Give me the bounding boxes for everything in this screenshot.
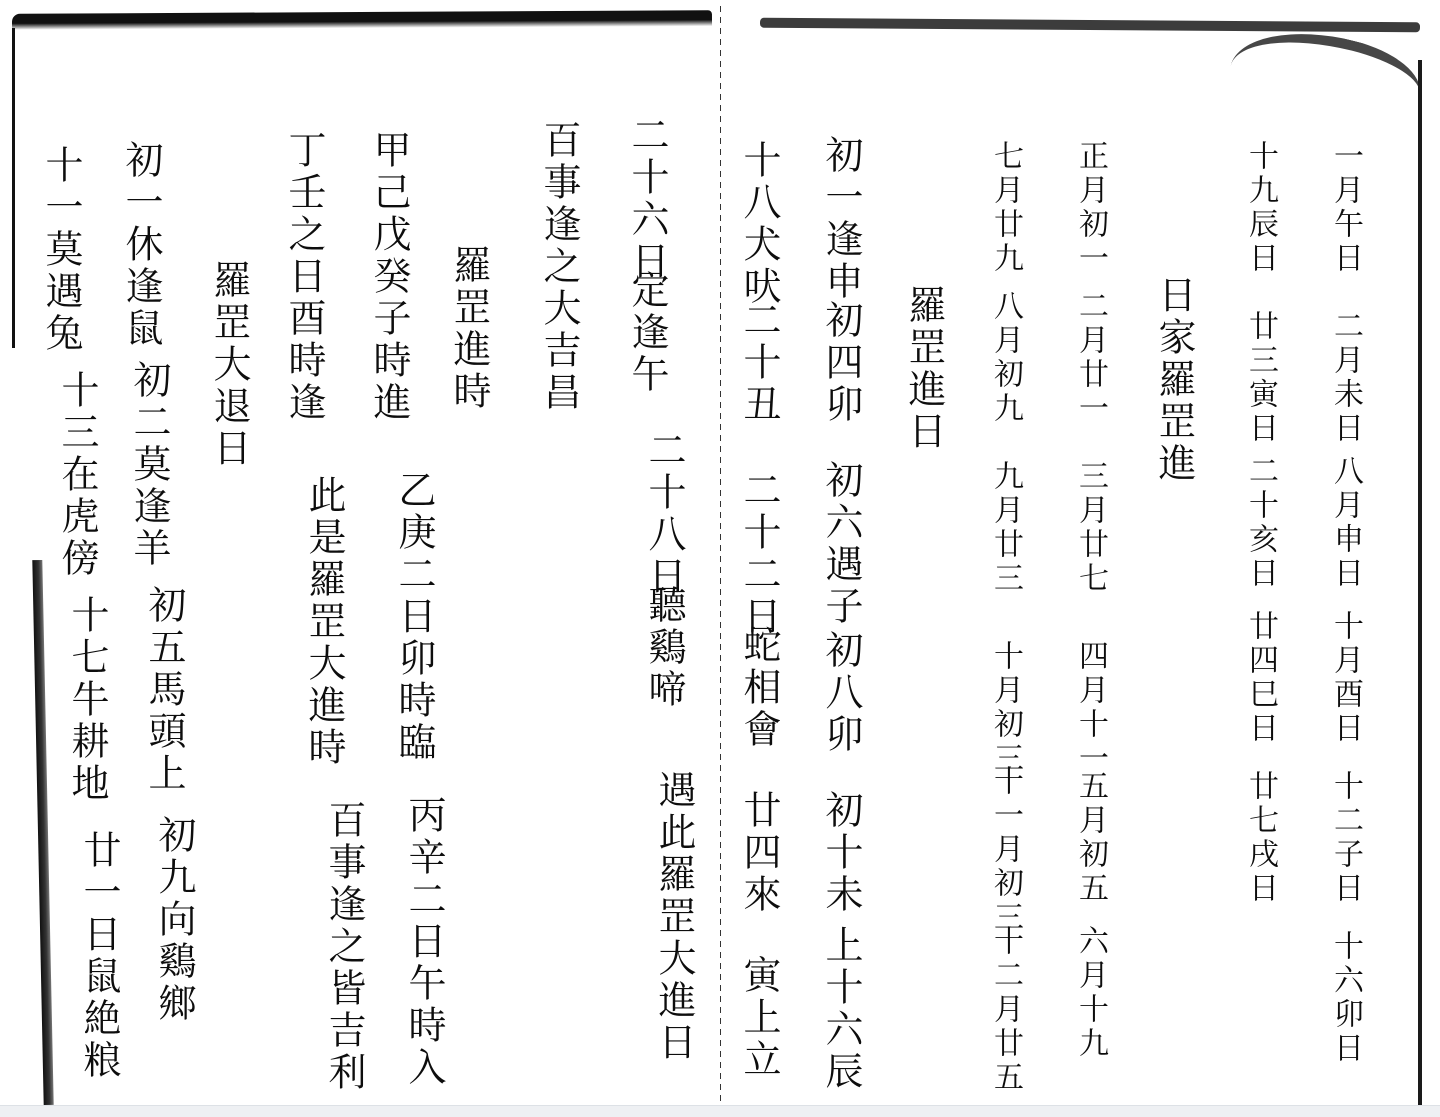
- text-column: 十月初三: [990, 640, 1020, 776]
- text-column: 初九向鷄鄉: [155, 815, 193, 1025]
- text-column: 百事逢之皆吉利: [325, 800, 363, 1094]
- page-top-border-right: [760, 18, 1420, 33]
- text-column: 初五馬頭上: [145, 585, 183, 795]
- section-heading: 羅罡大退日: [210, 260, 248, 470]
- section-heading: 羅罡進時: [450, 245, 488, 413]
- text-column: 二十八日: [645, 430, 683, 598]
- text-column: 初十未: [822, 790, 860, 916]
- text-column: 廿三寅日: [1245, 310, 1275, 446]
- text-column: 十二月廿五: [990, 925, 1020, 1095]
- text-column: 廿一日鼠絶粮: [80, 830, 118, 1082]
- text-column: 初四卯: [822, 300, 860, 426]
- text-column: 百事逢之大吉昌: [540, 120, 578, 414]
- text-column: 十九辰日: [1245, 140, 1275, 276]
- manuscript-spread: 一月午日 二月未日 八月申日 十月酉日 十二子日 十六卯日 十九辰日 廿三寅日 …: [0, 0, 1440, 1105]
- text-column: 二十丑: [740, 300, 778, 426]
- text-column: 三月廿七: [1075, 460, 1105, 596]
- text-column: 此是羅罡大進時: [305, 475, 343, 769]
- binding-edge: [32, 560, 53, 1105]
- text-column: 初一逢申: [822, 135, 860, 303]
- text-column: 廿七戌日: [1245, 770, 1275, 906]
- text-column: 二十二日: [740, 470, 778, 638]
- page-top-border-left: [12, 10, 712, 30]
- text-column: 八月初九: [990, 290, 1020, 426]
- text-column: 遇此羅罡大進日: [655, 770, 693, 1064]
- text-column: 十月酉日: [1330, 610, 1360, 746]
- text-column: 初八卯: [822, 630, 860, 756]
- text-column: 十六卯日: [1330, 930, 1360, 1066]
- text-column: 十七牛耕地: [68, 595, 106, 805]
- text-column: 二十六日: [628, 115, 666, 283]
- text-column: 廿四巳日: [1245, 610, 1275, 746]
- page-right-border: [1418, 60, 1422, 1105]
- text-column: 定逢午: [628, 270, 666, 396]
- text-column: 四月十一: [1075, 640, 1105, 776]
- viewer-bottom-bar: [0, 1105, 1440, 1117]
- text-column: 十三在虎傍: [58, 370, 96, 580]
- text-column: 廿四來: [740, 790, 778, 916]
- page-corner-curl: [1222, 13, 1428, 146]
- text-column: 六月十九: [1075, 925, 1105, 1061]
- text-column: 甲己戊癸子時進: [370, 130, 408, 424]
- text-column: 初二莫逢羊: [130, 360, 168, 570]
- text-column: 十一莫遇兔: [42, 145, 80, 355]
- text-column: 正月初一: [1075, 140, 1105, 276]
- text-column: 上十六辰: [822, 925, 860, 1093]
- text-column: 九月廿三: [990, 460, 1020, 596]
- page-left-border: [12, 28, 15, 348]
- section-subtitle: 羅罡進日: [905, 285, 943, 453]
- text-column: 丙辛二日午時入: [405, 795, 443, 1089]
- text-column: 二月未日: [1330, 310, 1360, 446]
- text-column: 乙庚二日卯時臨: [395, 470, 433, 764]
- text-column: 一月午日: [1330, 140, 1360, 276]
- text-column: 二月廿一: [1075, 290, 1105, 426]
- text-column: 二十亥日: [1245, 455, 1275, 591]
- text-column: 寅上立: [740, 955, 778, 1081]
- page-gutter-fold: [720, 6, 721, 1106]
- text-column: 聽鷄啼: [645, 585, 683, 711]
- text-column: 初一休逢鼠: [122, 140, 160, 350]
- text-column: 十八犬吠: [740, 140, 778, 308]
- text-column: 蛇相會: [740, 625, 778, 751]
- text-column: 七月廿九: [990, 140, 1020, 276]
- text-column: 八月申日: [1330, 455, 1360, 591]
- text-column: 五月初五: [1075, 770, 1105, 906]
- text-column: 丁壬之日酉時逢: [285, 130, 323, 424]
- section-title: 日家羅罡進: [1155, 275, 1193, 485]
- text-column: 十二子日: [1330, 770, 1360, 906]
- text-column: 十一月初三: [990, 765, 1020, 935]
- text-column: 初六遇子: [822, 460, 860, 628]
